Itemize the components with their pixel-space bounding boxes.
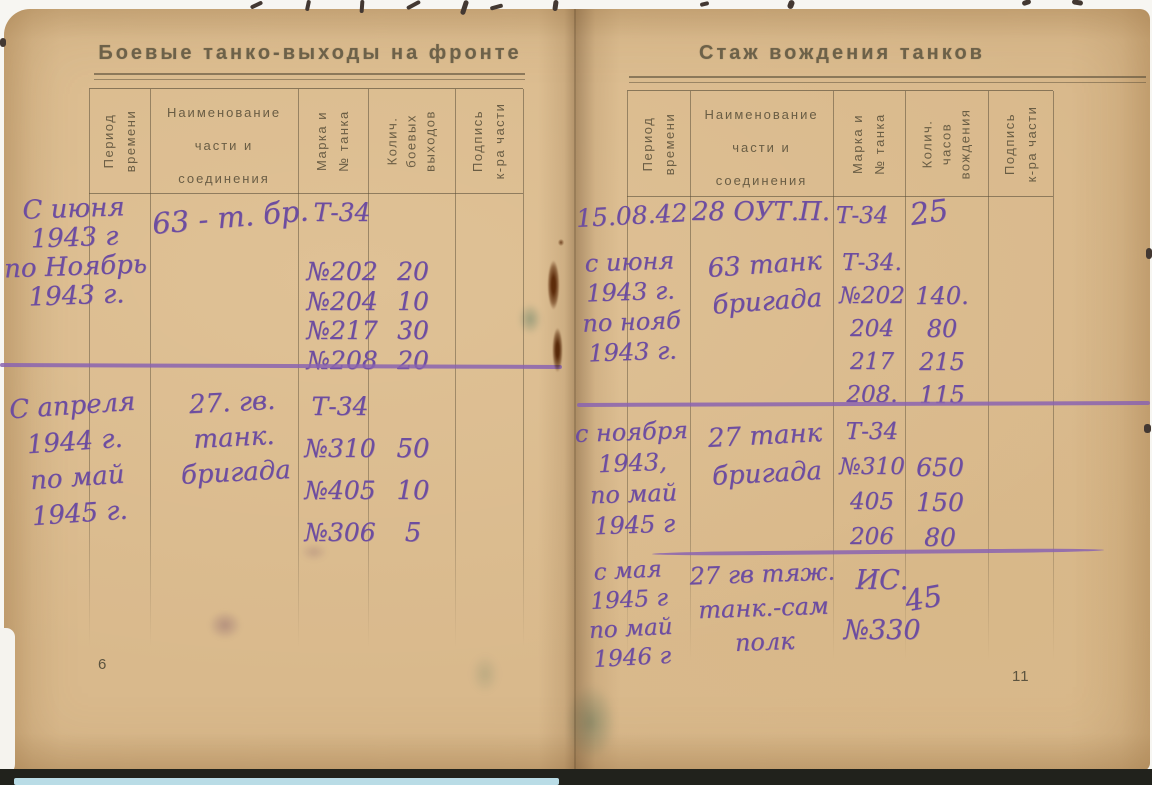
entry-period: 15.08.42: [575, 198, 691, 233]
stitch-thread: [1144, 424, 1151, 433]
entry-period: С апреля 1944 г. по май 1945 г.: [0, 383, 157, 537]
col-header-unit: Наименование части и соединения: [690, 91, 833, 203]
entry-unit: 63 танк бригада: [688, 242, 845, 326]
col-header-period: Период времени: [89, 89, 150, 193]
col-header-unit: Наименование части и соединения: [150, 89, 298, 200]
entry-unit: 28 ОУТ.П.: [692, 197, 842, 227]
col-header-signature: Подпись к-ра части: [988, 91, 1053, 196]
col-header-period: Период времени: [627, 91, 690, 196]
entry-counts: 650 150 80: [904, 415, 976, 555]
stitch-thread: [0, 38, 6, 47]
entry-period: с ноября 1943, по май 1945 г: [572, 415, 694, 543]
title-rule-right: [629, 76, 1146, 83]
page-number-left: 6: [98, 656, 107, 673]
entry-period: с июня 1943 г. по нояб 1943 г.: [570, 245, 692, 369]
page-title-left: Боевые танко-выходы на фронте: [95, 42, 525, 65]
entry-tank-numbers: Т-34 №310 405 206: [831, 415, 913, 555]
entry-counts: 50 10 5: [384, 386, 442, 554]
entry-tank-numbers: Т-34: [836, 203, 906, 229]
entry-tank-numbers: Т-34 №202 №204 №217 №208: [300, 198, 384, 375]
stitch-thread: [700, 1, 710, 7]
stitch-thread: [1021, 0, 1031, 6]
col-header-count: Колич. часов вождения: [905, 91, 988, 196]
entry-unit: 27 гв тяж. танк.-сам полк: [684, 554, 842, 661]
entry-counts: 20 10 30 20: [384, 198, 442, 375]
entry-period: с мая 1945 г по май 1946 г: [571, 554, 689, 676]
entry-period: С июня 1943 г по Ноябрь 1943 г.: [0, 192, 152, 313]
col-header-count: Колич. боевых выходов: [368, 89, 455, 193]
col-header-tank: Марка и № танка: [298, 89, 368, 193]
col-header-signature: Подпись к-ра части: [455, 89, 523, 193]
scanned-booklet-photo: Боевые танко-выходы на фронте Период вре…: [0, 0, 1152, 785]
photo-background-strip-cyan: [14, 778, 559, 785]
entry-unit: 27 танк бригада: [688, 413, 844, 497]
stitch-thread: [1146, 248, 1152, 259]
entry-counts: 140. 80 215 115: [906, 247, 978, 412]
title-rule-left: [94, 73, 525, 80]
page-title-right: Стаж вождения танков: [627, 42, 1057, 65]
column-divider: [1053, 91, 1054, 661]
entry-tank-numbers: Т-34 №310 №405 №306: [296, 386, 384, 554]
page-number-right: 11: [1012, 668, 1030, 685]
col-header-tank: Марка и № танка: [833, 91, 905, 196]
torn-paper-edge: [0, 628, 15, 776]
stitch-thread: [1072, 0, 1084, 6]
entry-tank-numbers: Т-34. №202 204 217 208.: [833, 247, 911, 412]
